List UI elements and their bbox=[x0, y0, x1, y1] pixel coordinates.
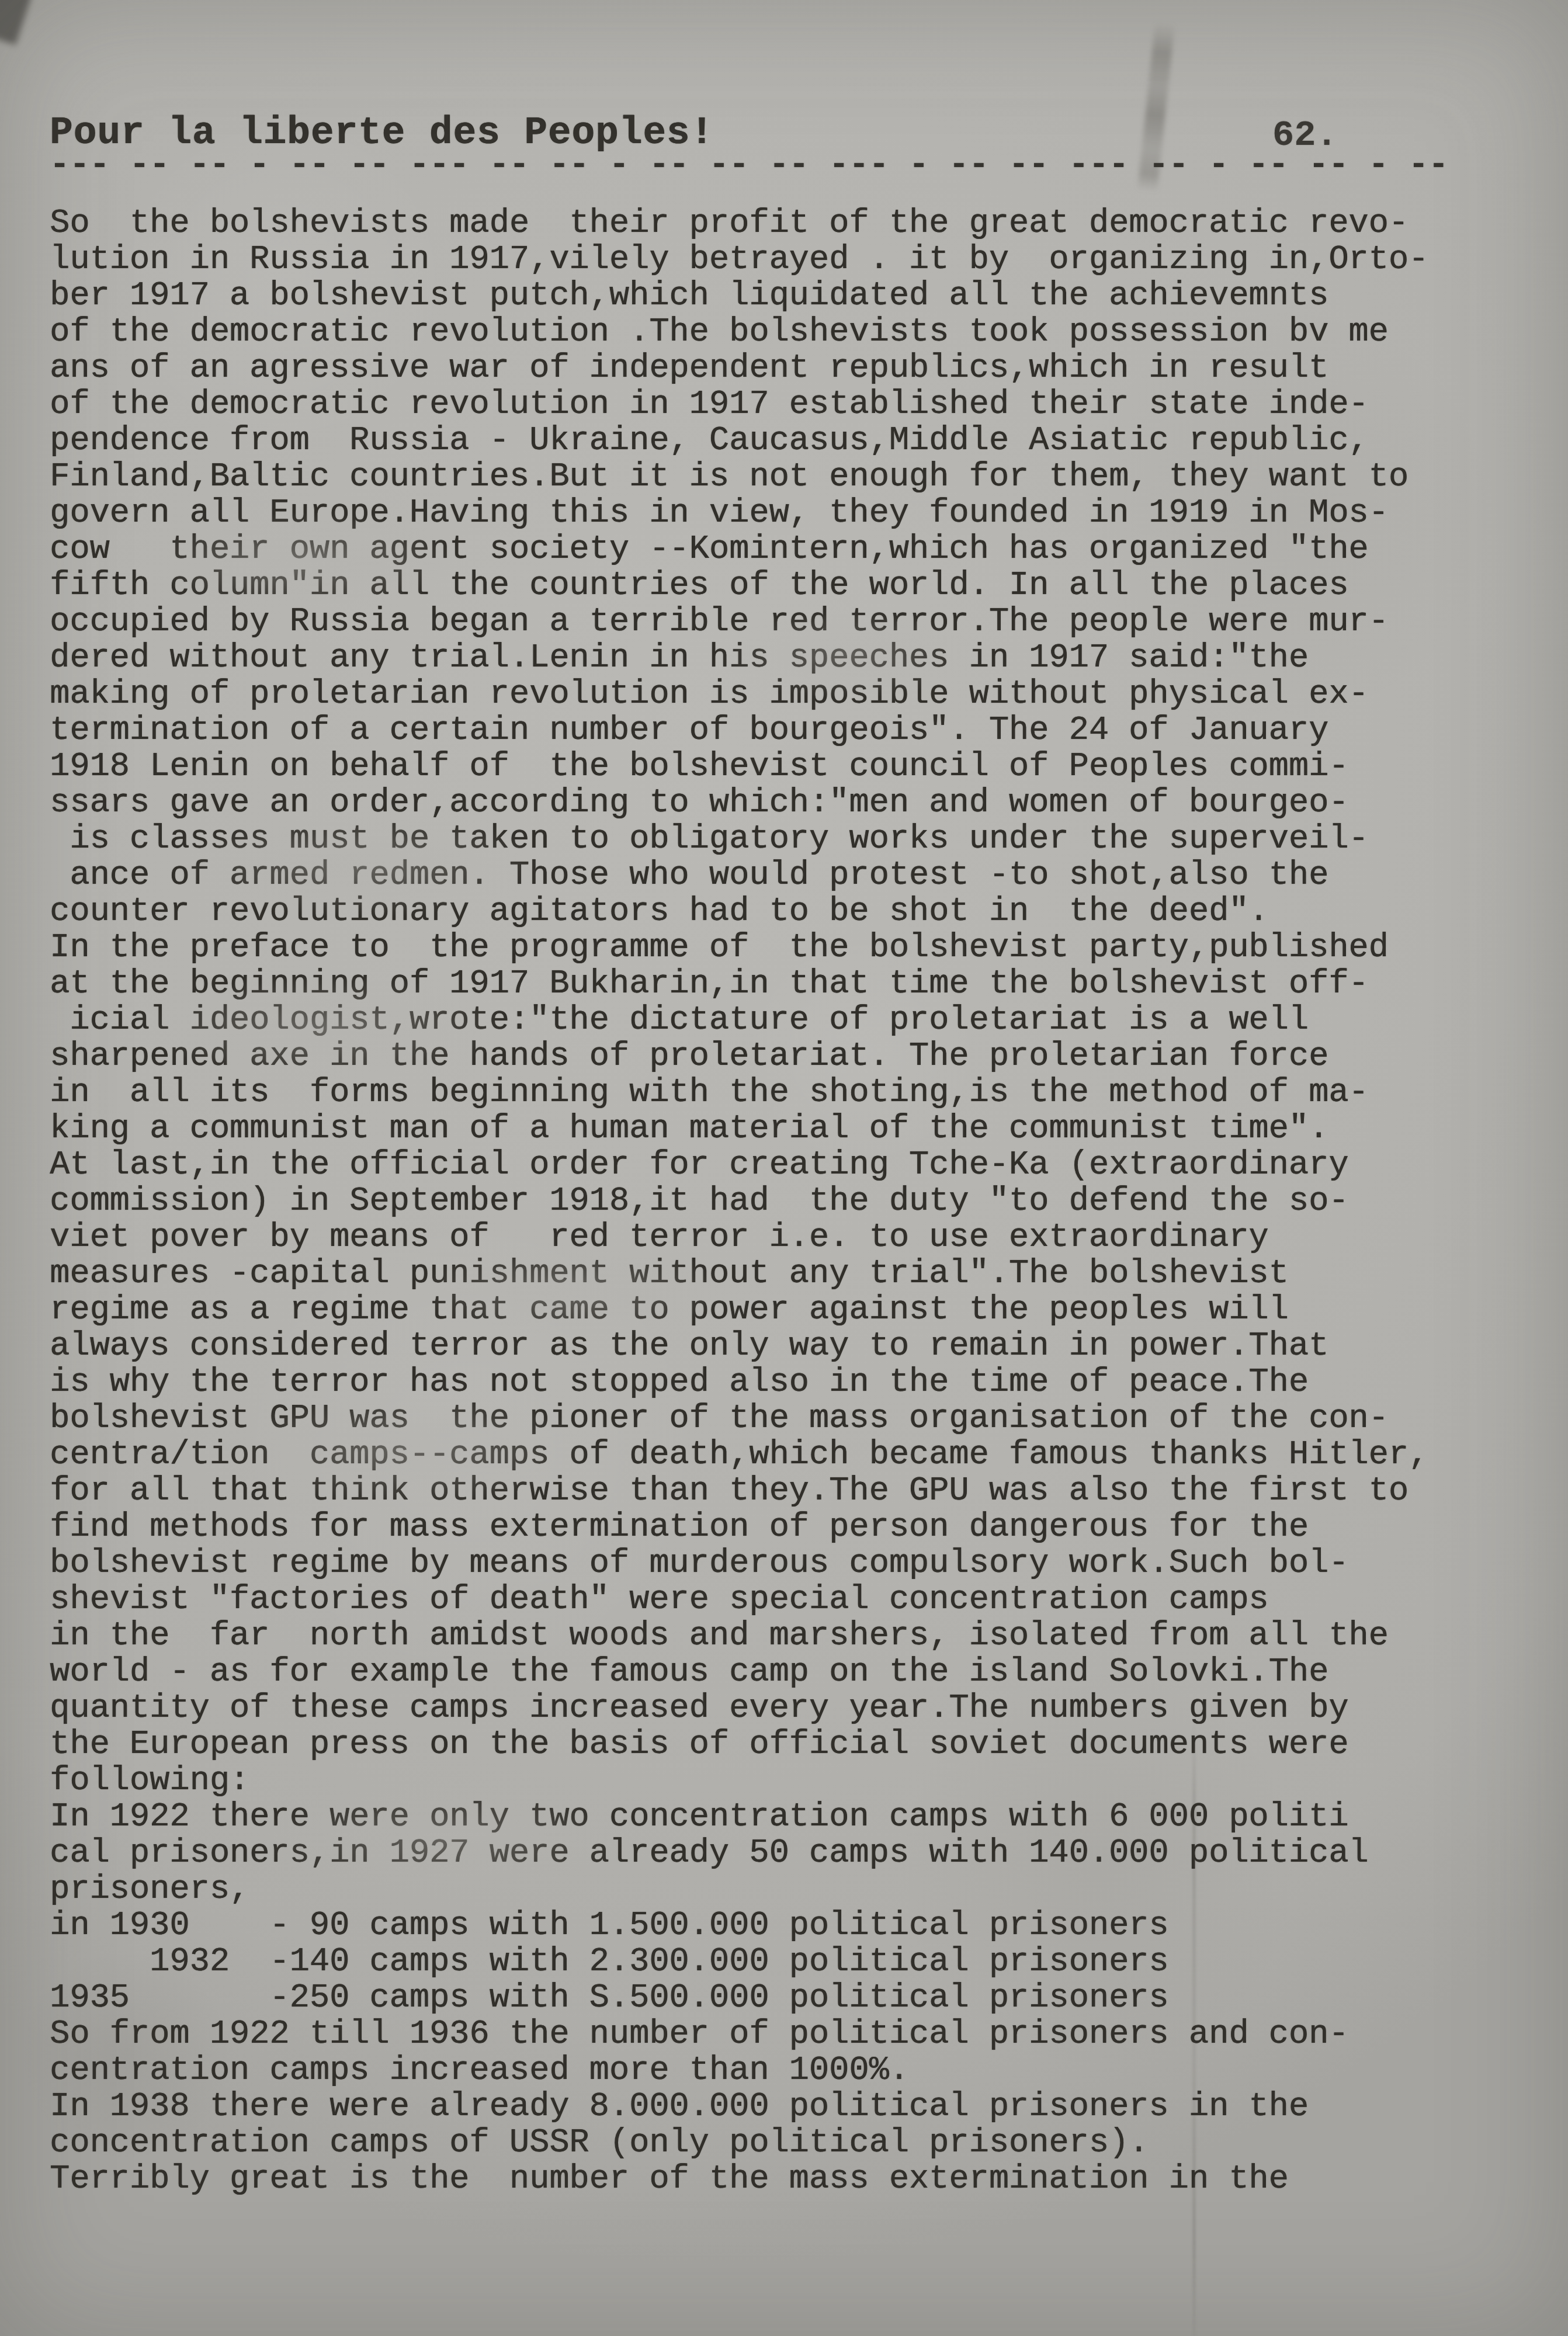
text-line: fifth column"in all the countries of the… bbox=[50, 568, 1428, 604]
text-line: occupied by Russia began a terrible red … bbox=[50, 604, 1428, 640]
text-line: concentration camps of USSR (only politi… bbox=[50, 2125, 1428, 2161]
text-line: following: bbox=[50, 1763, 1428, 1799]
text-line: lution in Russia in 1917,vilely betrayed… bbox=[50, 242, 1428, 278]
document-body: So the bolshevists made their profit of … bbox=[50, 206, 1428, 2198]
text-line: 1932 -140 camps with 2.300.000 political… bbox=[50, 1944, 1428, 1980]
text-line: In the preface to the programme of the b… bbox=[50, 930, 1428, 966]
text-line: commission) in September 1918,it had the… bbox=[50, 1183, 1428, 1220]
text-line: measures -capital punishment without any… bbox=[50, 1256, 1428, 1292]
text-line: of the democratic revolution .The bolshe… bbox=[50, 314, 1428, 350]
text-line: prisoners, bbox=[50, 1872, 1428, 1908]
text-line: at the beginning of 1917 Bukharin,in tha… bbox=[50, 966, 1428, 1002]
text-line: in 1930 - 90 camps with 1.500.000 politi… bbox=[50, 1908, 1428, 1944]
text-line: counter revolutionary agitators had to b… bbox=[50, 894, 1428, 930]
text-line: sharpened axe in the hands of proletaria… bbox=[50, 1039, 1428, 1075]
text-line: quantity of these camps increased every … bbox=[50, 1691, 1428, 1727]
text-line: the European press on the basis of offic… bbox=[50, 1727, 1428, 1763]
text-line: bolshevist regime by means of murderous … bbox=[50, 1546, 1428, 1582]
text-line: 1918 Lenin on behalf of the bolshevist c… bbox=[50, 749, 1428, 785]
text-line: in the far north amidst woods and marshe… bbox=[50, 1618, 1428, 1654]
text-line: shevist "factories of death" were specia… bbox=[50, 1582, 1428, 1618]
text-line: king a communist man of a human material… bbox=[50, 1111, 1428, 1147]
text-line: Terribly great is the number of the mass… bbox=[50, 2161, 1428, 2198]
text-line: ssars gave an order,according to which:"… bbox=[50, 785, 1428, 821]
text-line: So from 1922 till 1936 the number of pol… bbox=[50, 2016, 1428, 2053]
text-line: cal prisoners,in 1927 were already 50 ca… bbox=[50, 1835, 1428, 1872]
scanned-document-page: Pour la liberte des Peoples! 62. --- -- … bbox=[0, 0, 1568, 2336]
text-line: 1935 -250 camps with S.500.000 political… bbox=[50, 1980, 1428, 2016]
text-line: In 1922 there were only two concentratio… bbox=[50, 1799, 1428, 1835]
text-line: making of proletarian revolution is impo… bbox=[50, 676, 1428, 713]
header-underline: --- -- -- - -- -- --- -- -- - -- -- -- -… bbox=[50, 147, 1448, 185]
text-line: So the bolshevists made their profit of … bbox=[50, 206, 1428, 242]
text-line: always considered terror as the only way… bbox=[50, 1328, 1428, 1365]
text-line: Finland,Baltic countries.But it is not e… bbox=[50, 459, 1428, 495]
text-line: pendence from Russia - Ukraine, Caucasus… bbox=[50, 423, 1428, 459]
text-line: in all its forms beginning with the shot… bbox=[50, 1075, 1428, 1111]
text-line: regime as a regime that came to power ag… bbox=[50, 1292, 1428, 1328]
text-line: world - as for example the famous camp o… bbox=[50, 1654, 1428, 1691]
text-line: At last,in the official order for creati… bbox=[50, 1147, 1428, 1183]
text-line: dered without any trial.Lenin in his spe… bbox=[50, 640, 1428, 676]
text-line: of the democratic revolution in 1917 est… bbox=[50, 387, 1428, 423]
text-line: ance of armed redmen. Those who would pr… bbox=[50, 858, 1428, 894]
text-line: find methods for mass extermination of p… bbox=[50, 1509, 1428, 1546]
text-line: ans of an agressive war of independent r… bbox=[50, 350, 1428, 387]
text-line: govern all Europe.Having this in view, t… bbox=[50, 495, 1428, 532]
text-line: ber 1917 a bolshevist putch,which liquid… bbox=[50, 278, 1428, 314]
text-line: is why the terror has not stopped also i… bbox=[50, 1365, 1428, 1401]
text-line: cow their own agent society --Komintern,… bbox=[50, 532, 1428, 568]
text-line: termination of a certain number of bourg… bbox=[50, 713, 1428, 749]
text-line: is classes must be taken to obligatory w… bbox=[50, 821, 1428, 858]
text-line: centration camps increased more than 100… bbox=[50, 2053, 1428, 2089]
corner-shadow bbox=[0, 0, 32, 45]
text-line: bolshevist GPU was the pioner of the mas… bbox=[50, 1401, 1428, 1437]
text-line: viet pover by means of red terror i.e. t… bbox=[50, 1220, 1428, 1256]
text-line: centra/tion camps--camps of death,which … bbox=[50, 1437, 1428, 1473]
text-line: for all that think otherwise than they.T… bbox=[50, 1473, 1428, 1509]
text-line: icial ideologist,wrote:"the dictature of… bbox=[50, 1002, 1428, 1039]
text-line: In 1938 there were already 8.000.000 pol… bbox=[50, 2089, 1428, 2125]
